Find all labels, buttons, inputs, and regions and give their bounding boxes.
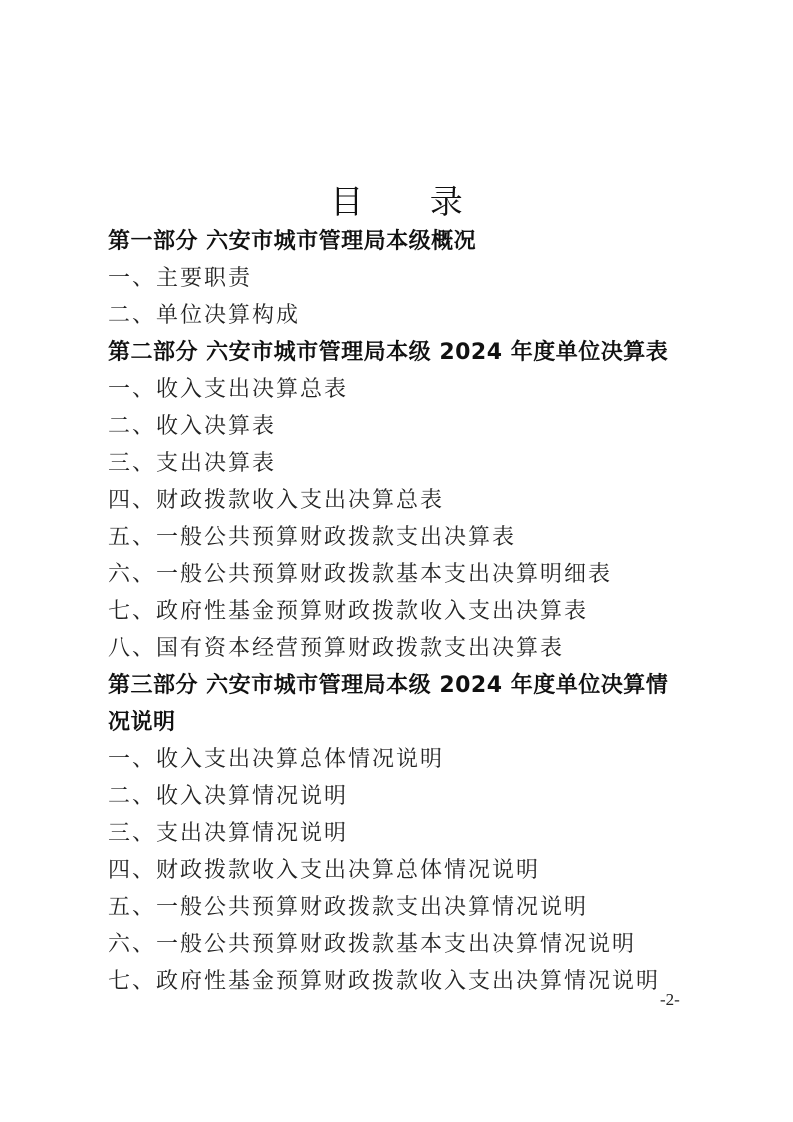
toc-item: 二、收入决算表	[108, 409, 276, 445]
toc-item: 六、一般公共预算财政拨款基本支出决算情况说明	[108, 927, 636, 963]
toc-item: 一、收入支出决算总表	[108, 372, 348, 408]
page-number: -2-	[660, 988, 680, 1012]
toc-part-3: 第三部分 六安市城市管理局本级 2024 年度单位决算情	[108, 668, 668, 704]
page-title: 目 录	[0, 180, 793, 224]
toc-item: 五、一般公共预算财政拨款支出决算情况说明	[108, 890, 588, 926]
toc-item: 二、收入决算情况说明	[108, 779, 348, 815]
toc-part-1: 第一部分 六安市城市管理局本级概况	[108, 224, 476, 260]
toc-item-unit-composition: 二、单位决算构成	[108, 298, 300, 334]
toc-item: 五、一般公共预算财政拨款支出决算表	[108, 520, 516, 556]
toc-item: 四、财政拨款收入支出决算总体情况说明	[108, 853, 540, 889]
toc-item-main-duties: 一、主要职责	[108, 261, 252, 297]
document-page: 目 录 第一部分 六安市城市管理局本级概况 一、主要职责 二、单位决算构成 第二…	[0, 0, 793, 1122]
toc-item: 一、收入支出决算总体情况说明	[108, 742, 444, 778]
toc-item: 三、支出决算表	[108, 446, 276, 482]
toc-item: 四、财政拨款收入支出决算总表	[108, 483, 444, 519]
toc-item: 八、国有资本经营预算财政拨款支出决算表	[108, 631, 564, 667]
toc-item: 七、政府性基金预算财政拨款收入支出决算表	[108, 594, 588, 630]
toc-part-2: 第二部分 六安市城市管理局本级 2024 年度单位决算表	[108, 335, 668, 371]
toc-part-3-continued: 况说明	[108, 705, 176, 741]
toc-item: 三、支出决算情况说明	[108, 816, 348, 852]
toc-item: 七、政府性基金预算财政拨款收入支出决算情况说明	[108, 964, 660, 1000]
toc-item: 六、一般公共预算财政拨款基本支出决算明细表	[108, 557, 612, 593]
